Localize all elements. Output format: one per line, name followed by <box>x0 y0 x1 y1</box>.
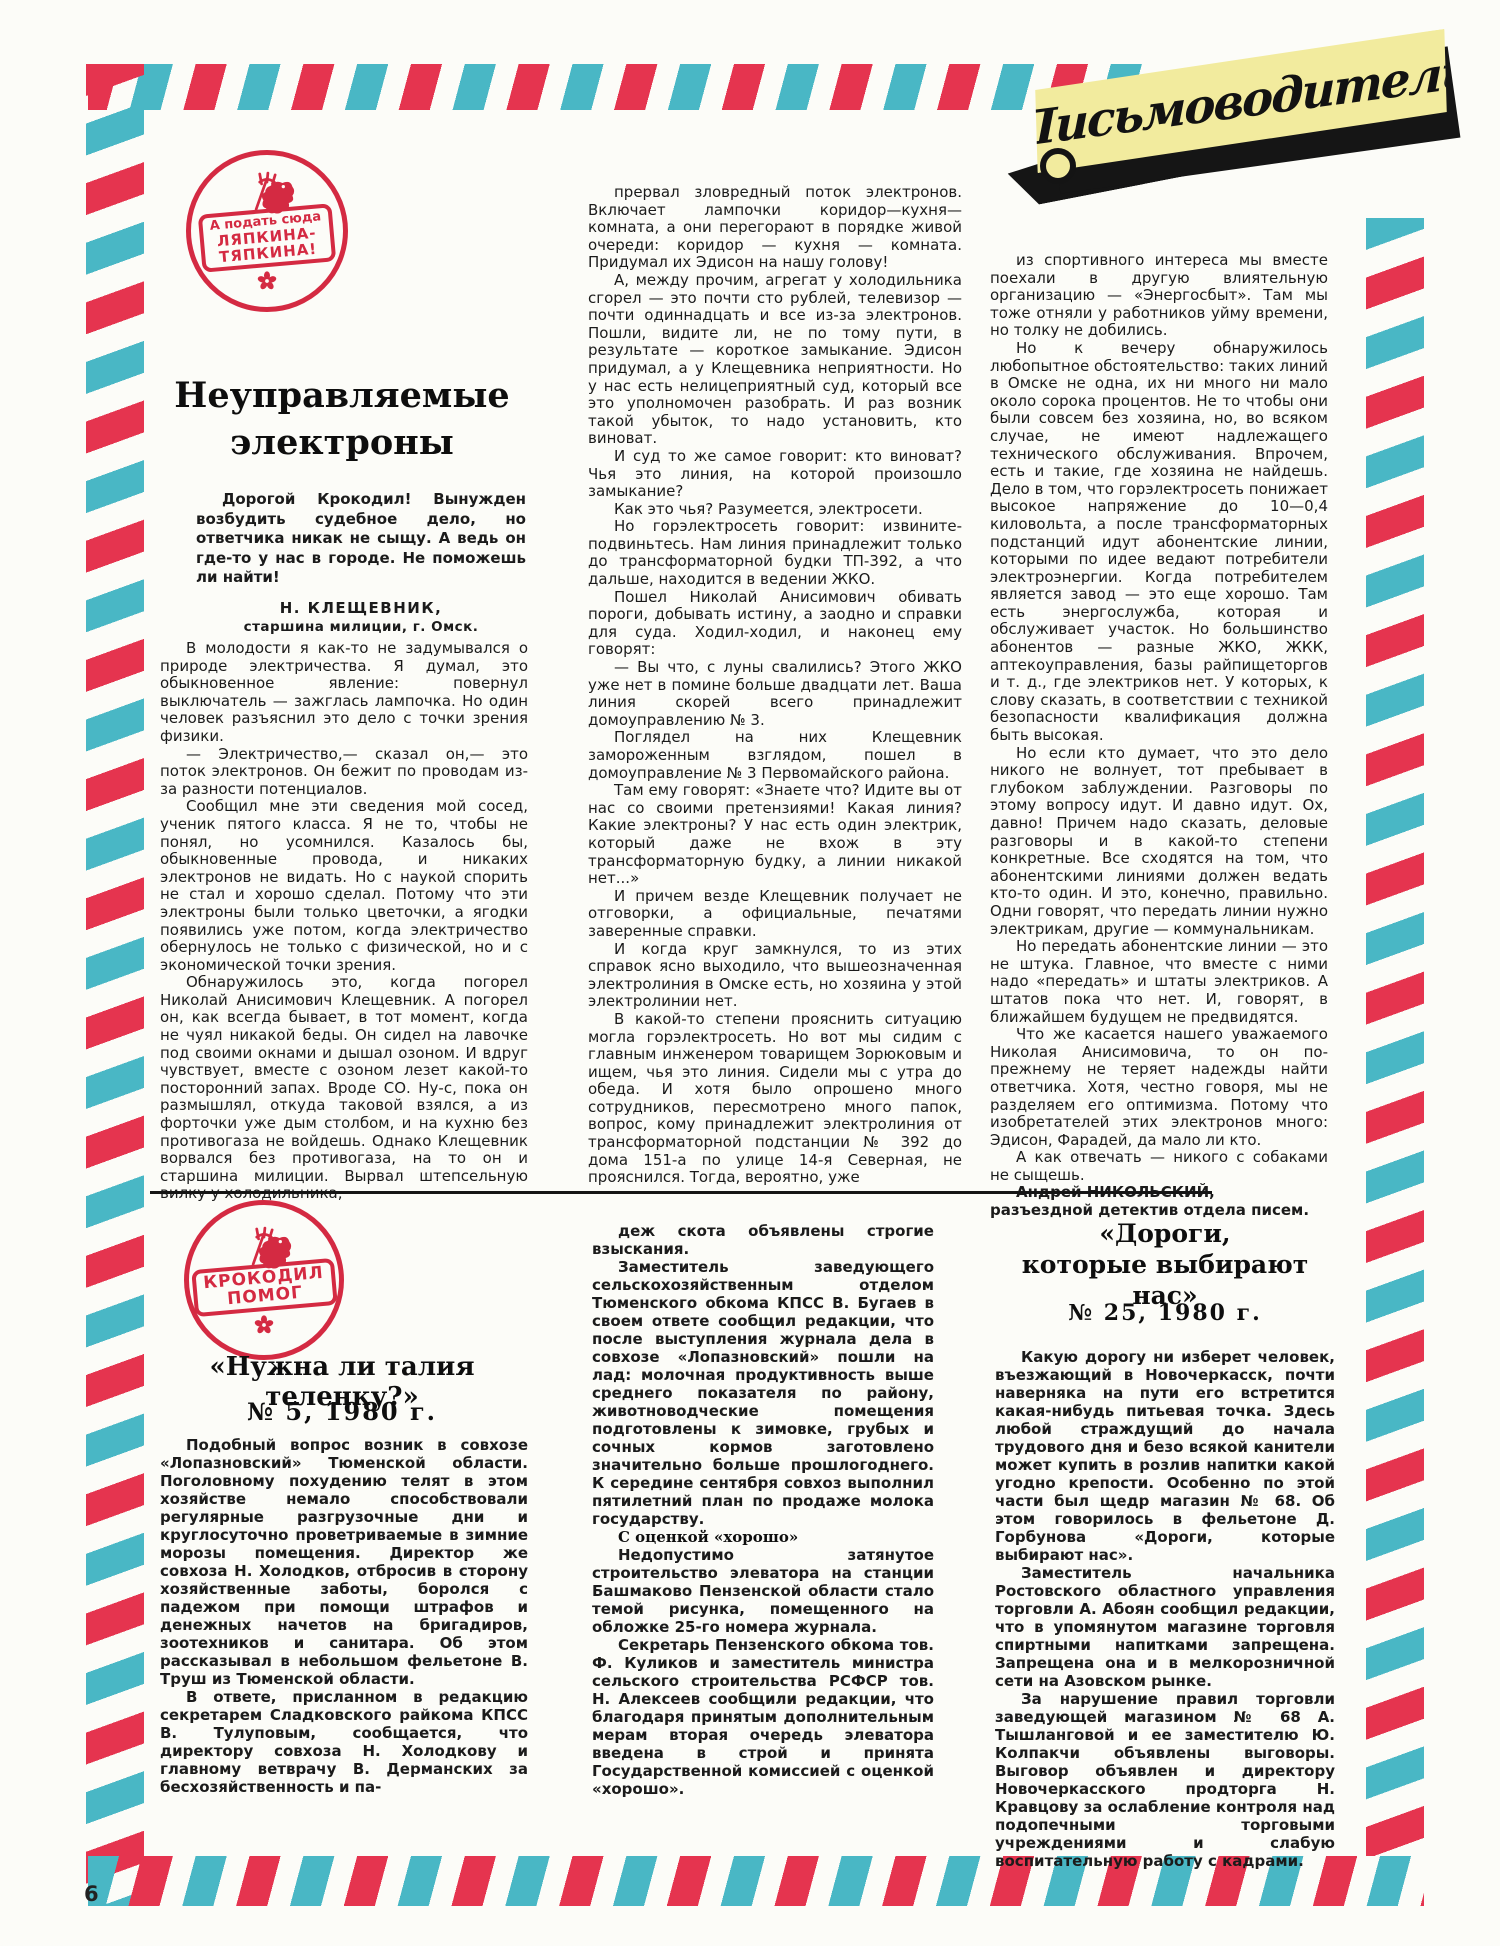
magazine-page: Письмоводитель А подать сюда ЛЯПКИНА- ТЯ… <box>0 0 1500 1946</box>
article-author: Андрей НИКОЛЬСКИЙ, разъездной детектив о… <box>990 1184 1328 1219</box>
letter-intro: Дорогой Крокодил! Вынужден возбудить суд… <box>196 490 526 588</box>
article-title: Неуправляемые электроны <box>150 372 534 466</box>
paragraph: Но передать абонентские линии — это не ш… <box>990 938 1328 1026</box>
article-column-3: из спортивного интереса мы вместе поехал… <box>990 252 1328 1220</box>
paragraph: — Вы что, с луны свалились? Этого ЖКО уж… <box>588 659 962 729</box>
flower-icon <box>254 1315 274 1335</box>
paragraph: Как это чья? Разумеется, электросети. <box>588 501 962 519</box>
paragraph: Пошел Николай Анисимович обивать пороги,… <box>588 589 962 659</box>
followup-2-title: С оценкой «хорошо» <box>592 1528 934 1546</box>
page-number: 6 <box>84 1882 99 1906</box>
followup-column-3: Какую дорогу ни изберет человек, въезжаю… <box>995 1348 1335 1870</box>
followup-3-issue: № 25, 1980 г. <box>995 1300 1335 1326</box>
letter-author: Н. КЛЕЩЕВНИК, <box>196 598 526 618</box>
paragraph: — Электричество,— сказал он,— это поток … <box>160 746 528 799</box>
paragraph: Поглядел на них Клещевник замороженным в… <box>588 729 962 782</box>
stamp-lyapkin-tyapkin: А подать сюда ЛЯПКИНА- ТЯПКИНА! <box>186 150 348 312</box>
ribbon-curl-icon <box>1040 148 1076 184</box>
paragraph: В ответе, присланном в редакцию секретар… <box>160 1688 528 1796</box>
flower-icon <box>257 271 277 291</box>
paragraph: из спортивного интереса мы вместе поехал… <box>990 252 1328 340</box>
section-divider <box>150 1191 1212 1194</box>
paragraph: Секретарь Пензенского обкома тов. Ф. Кул… <box>592 1636 934 1798</box>
paragraph: И причем везде Клещевник получает не отг… <box>588 888 962 941</box>
section-banner: Письмоводитель <box>1000 36 1460 214</box>
paragraph: А как отвечать — никого с собаками не сы… <box>990 1149 1328 1184</box>
paragraph: И суд то же самое говорит: кто виноват? … <box>588 448 962 501</box>
paragraph: Там ему говорят: «Знаете что? Идите вы о… <box>588 782 962 888</box>
article-column-2: прервал зловредный поток электронов. Вкл… <box>588 184 962 1187</box>
article-column-1: В молодости я как-то не задумывался о пр… <box>160 640 528 1203</box>
stamp-text-box: А подать сюда ЛЯПКИНА- ТЯПКИНА! <box>198 203 336 272</box>
paragraph: прервал зловредный поток электронов. Вкл… <box>588 184 962 272</box>
letter-signature: Н. КЛЕЩЕВНИК, старшина милиции, г. Омск. <box>196 598 526 636</box>
airmail-border-left <box>86 64 144 1906</box>
airmail-border-right <box>1366 218 1424 1856</box>
followup-1-issue: № 5, 1980 г. <box>150 1398 534 1426</box>
paragraph: Сообщил мне эти сведения мой сосед, учен… <box>160 798 528 974</box>
paragraph: Заместитель начальника Ростовского облас… <box>995 1564 1335 1690</box>
article-title-line: электроны <box>150 419 534 466</box>
paragraph: Обнаружилось это, когда погорел Николай … <box>160 974 528 1203</box>
followup-column-2: деж скота объявлены строгие взыскания. З… <box>592 1222 934 1798</box>
stamp-text-box: КРОКОДИЛ ПОМОГ <box>191 1257 337 1316</box>
article-author-title: разъездной детектив отдела писем. <box>990 1201 1309 1219</box>
paragraph: В молодости я как-то не задумывался о пр… <box>160 640 528 746</box>
paragraph: В какой-то степени прояснить ситуацию мо… <box>588 1011 962 1187</box>
article-title-line: Неуправляемые <box>150 372 534 419</box>
paragraph: Что же касается нашего уважаемого Никола… <box>990 1026 1328 1149</box>
letter-author-title: старшина милиции, г. Омск. <box>196 618 526 636</box>
paragraph: Но к вечеру обнаружилось любопытное обст… <box>990 340 1328 745</box>
paragraph: И когда круг замкнулся, то из этих справ… <box>588 941 962 1011</box>
followup-3-title: «Дороги, которые выбирают нас» <box>995 1218 1335 1311</box>
paragraph: А, между прочим, агрегат у холодильника … <box>588 272 962 448</box>
followup-3-title-line: «Дороги, <box>995 1218 1335 1249</box>
paragraph: деж скота объявлены строгие взыскания. <box>592 1222 934 1258</box>
paragraph: Но если кто думает, что это дело никого … <box>990 745 1328 939</box>
paragraph: Но горэлектросеть говорит: извините-подв… <box>588 518 962 588</box>
stamp-krokodil-pomog: КРОКОДИЛ ПОМОГ <box>184 1200 344 1360</box>
paragraph: Недопустимо затянутое строительство элев… <box>592 1546 934 1636</box>
paragraph: Подобный вопрос возник в совхозе «Лопазн… <box>160 1436 528 1688</box>
followup-column-1: Подобный вопрос возник в совхозе «Лопазн… <box>160 1436 528 1796</box>
paragraph: Заместитель заведующего сельскохозяйстве… <box>592 1258 934 1528</box>
paragraph: Какую дорогу ни изберет человек, въезжаю… <box>995 1348 1335 1564</box>
paragraph: За нарушение правил торговли заведующей … <box>995 1690 1335 1870</box>
